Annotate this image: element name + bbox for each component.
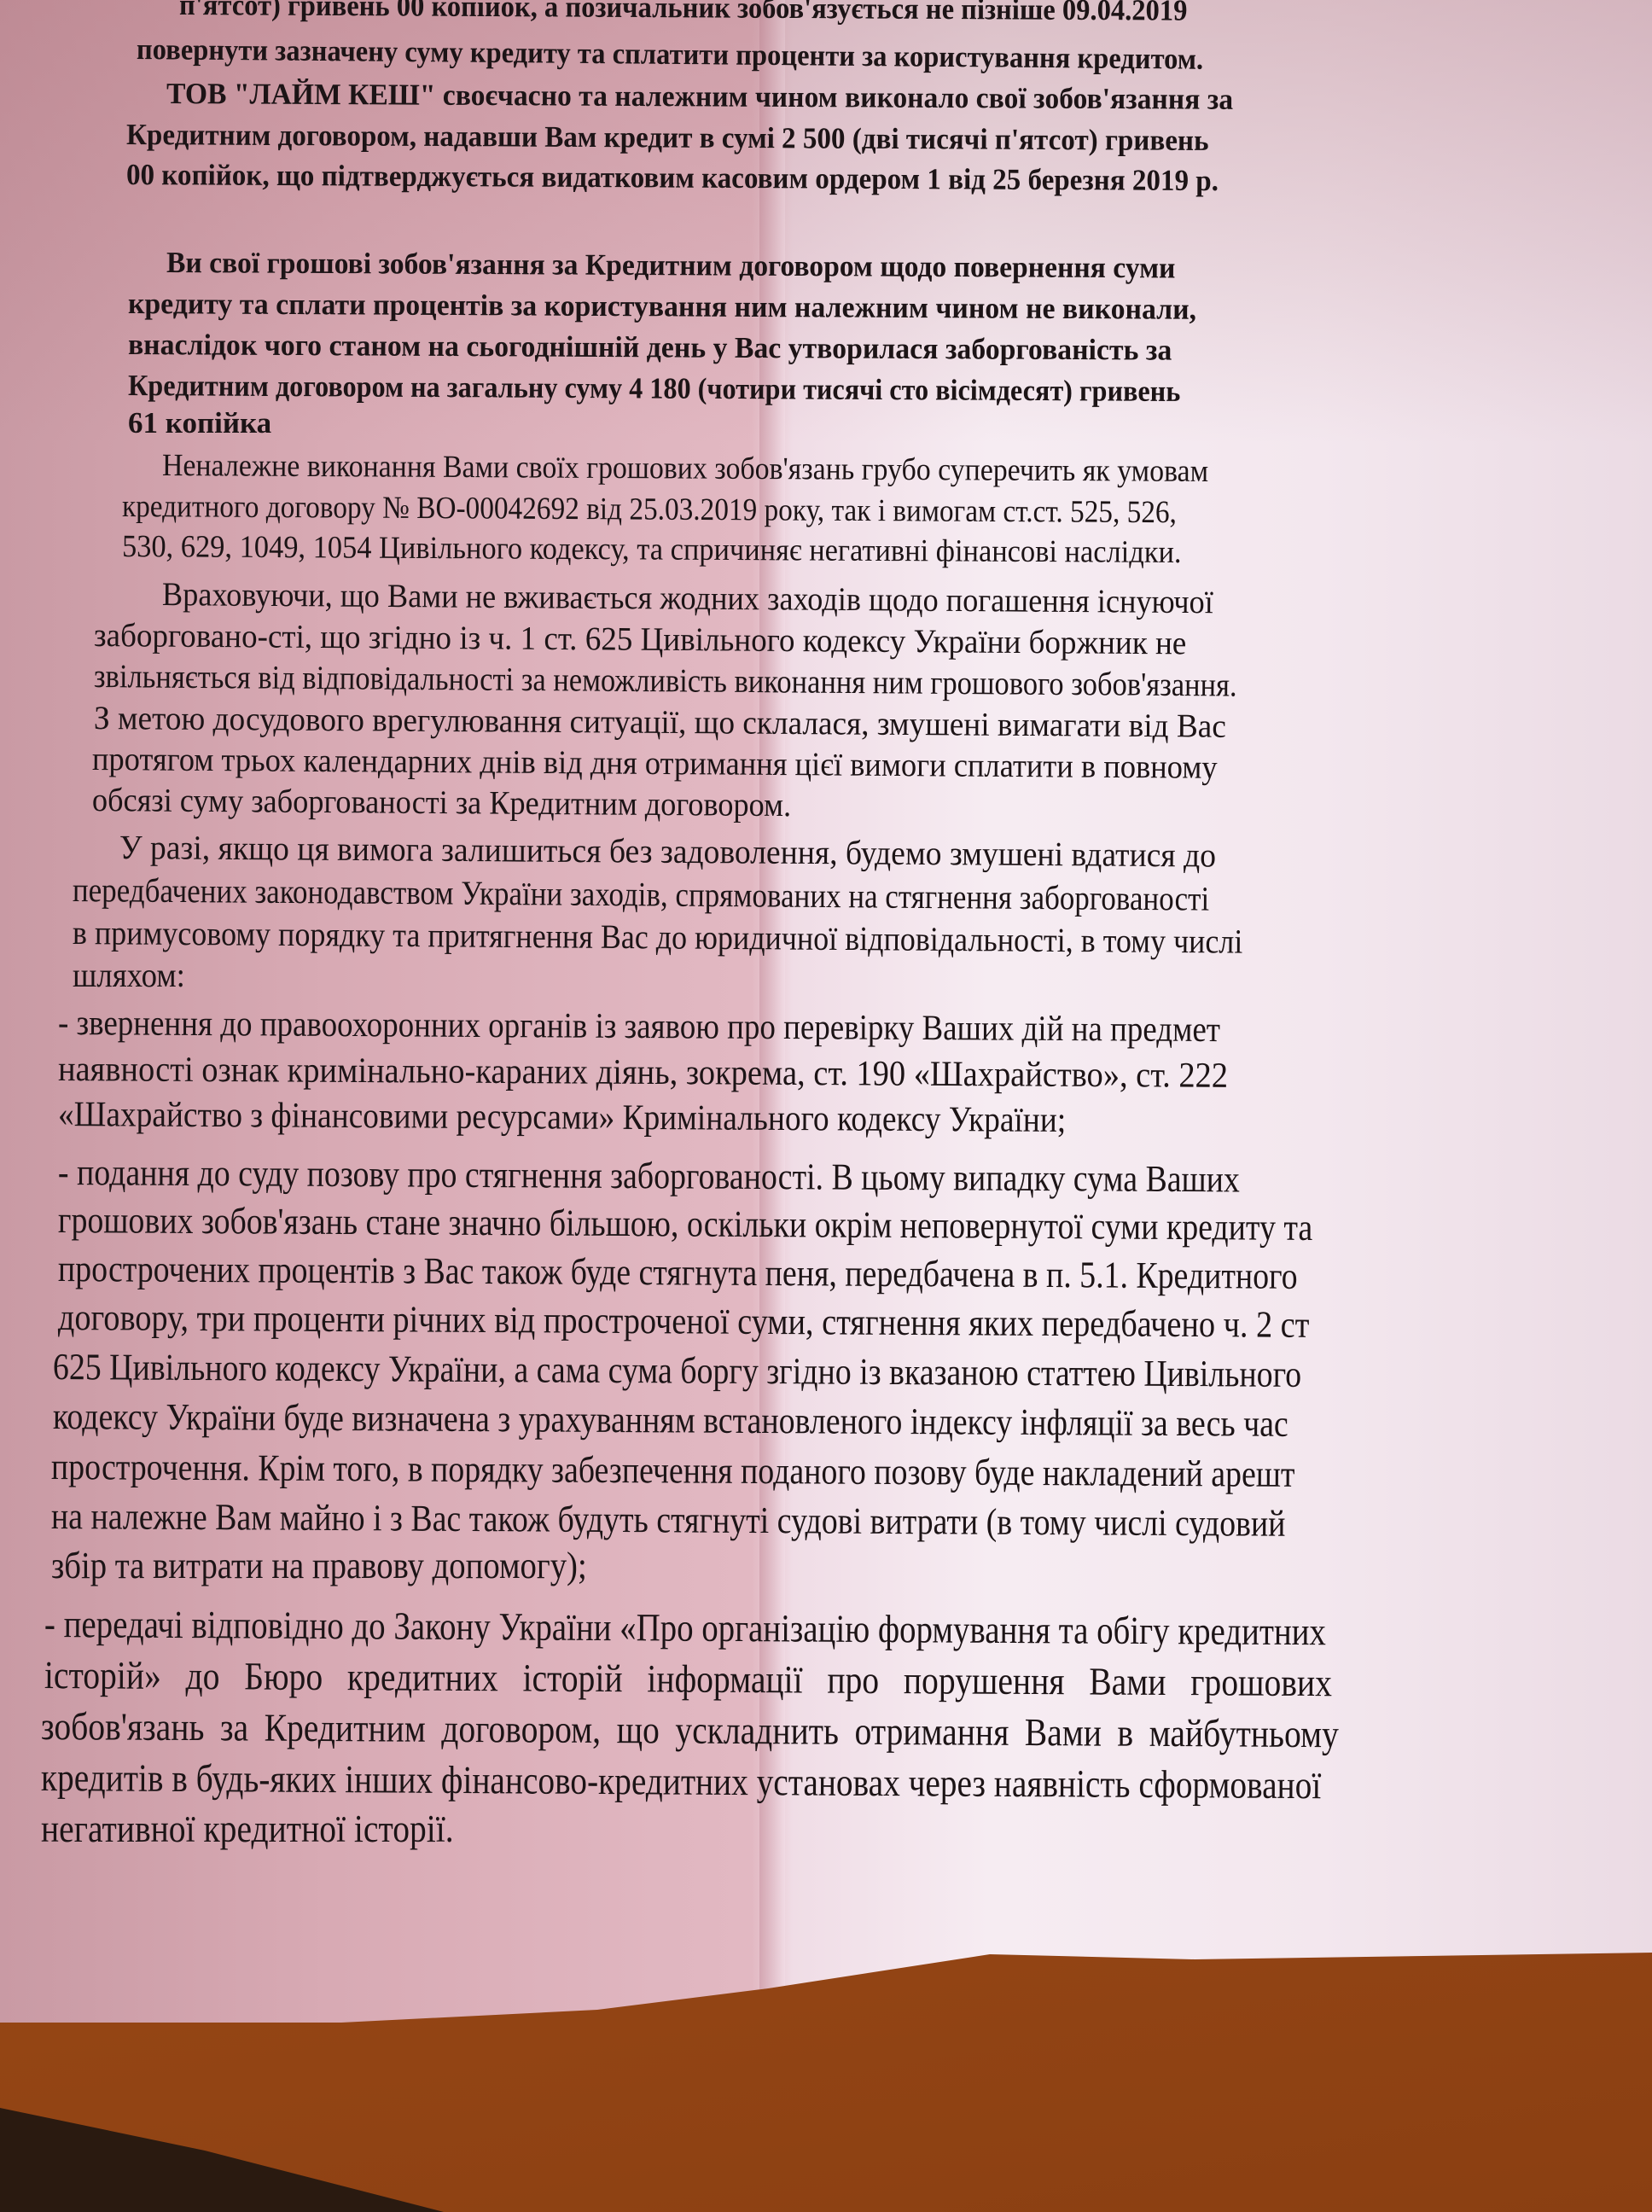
text-line: в примусовому порядку та притягнення Вас… xyxy=(73,916,1243,959)
text-line: - звернення до правоохоронних органів із… xyxy=(58,1005,1220,1048)
text-line: ТОВ "ЛАЙМ КЕШ" своєчасно та належним чин… xyxy=(166,79,1233,114)
text-line: негативної кредитної історії. xyxy=(41,1809,454,1848)
text-line: 00 копійок, що підтверджується видаткови… xyxy=(126,160,1219,195)
text-line: кредитів в будь-яких інших фінансово-кре… xyxy=(41,1758,1321,1805)
text-line: прострочення. Крім того, в порядку забез… xyxy=(51,1448,1295,1493)
text-line: 625 Цивільного кодексу України, а сама с… xyxy=(53,1348,1301,1394)
text-line: грошових зобов'язань стане значно більшо… xyxy=(58,1202,1312,1247)
text-line: - подання до суду позову про стягнення з… xyxy=(58,1154,1240,1198)
text-line: 530, 629, 1049, 1054 Цивільного кодексу,… xyxy=(122,531,1182,568)
text-line: обсязі суму заборгованості за Кредитним … xyxy=(92,783,791,822)
text-line: передбачених законодавством України захо… xyxy=(73,873,1209,917)
text-line: - передачі відповідно до Закону України … xyxy=(44,1604,1326,1651)
paper-sheet: п'ятсот) гривень 00 копійок, а позичальн… xyxy=(0,0,1652,2212)
text-line: кредиту та сплати процентів за користува… xyxy=(128,288,1196,324)
text-line: п'ятсот) гривень 00 копійок, а позичальн… xyxy=(179,0,1188,26)
text-line: договору, три проценти річних від простр… xyxy=(58,1299,1310,1344)
text-line: історій» до Бюро кредитних історій інфор… xyxy=(44,1656,1332,1703)
text-line: У разі, якщо ця вимога залишиться без за… xyxy=(119,830,1216,873)
text-line: Кредитним договором на загальну суму 4 1… xyxy=(128,370,1180,406)
text-line: шляхом: xyxy=(73,958,185,992)
text-line: на належне Вам майно і з Вас також будут… xyxy=(51,1498,1286,1543)
text-line: Ви свої грошові зобов'язання за Кредитни… xyxy=(166,247,1176,282)
text-line: наявності ознак кримінально-караних діян… xyxy=(58,1051,1228,1094)
text-line: внаслідок чого станом на сьогоднішній де… xyxy=(128,329,1172,365)
text-line: З метою досудового врегулювання ситуації… xyxy=(94,701,1226,743)
text-line: кредитного договору № ВО-00042692 від 25… xyxy=(122,491,1177,528)
text-line: прострочених процентів з Вас також буде … xyxy=(58,1250,1298,1295)
text-line: «Шахрайство з фінансовими ресурсами» Кри… xyxy=(58,1097,1066,1138)
text-line: збір та витрати на правову допомогу); xyxy=(51,1547,587,1585)
text-line: заборговано-сті, що згідно із ч. 1 ст. 6… xyxy=(94,619,1187,660)
text-line: Враховуючи, що Вами не вживається жодних… xyxy=(162,578,1213,619)
text-line: Кредитним договором, надавши Вам кредит … xyxy=(126,119,1209,155)
text-line: протягом трьох календарних днів від дня … xyxy=(92,742,1218,784)
text-line: зобов'язань за Кредитним договором, що у… xyxy=(41,1707,1339,1754)
text-line: звільняється від відповідальності за нем… xyxy=(94,660,1237,702)
text-line: 61 копійка xyxy=(128,408,271,438)
text-line: Неналежне виконання Вами своїх грошових … xyxy=(162,450,1208,487)
text-line: кодексу України буде визначена з урахува… xyxy=(53,1398,1288,1443)
